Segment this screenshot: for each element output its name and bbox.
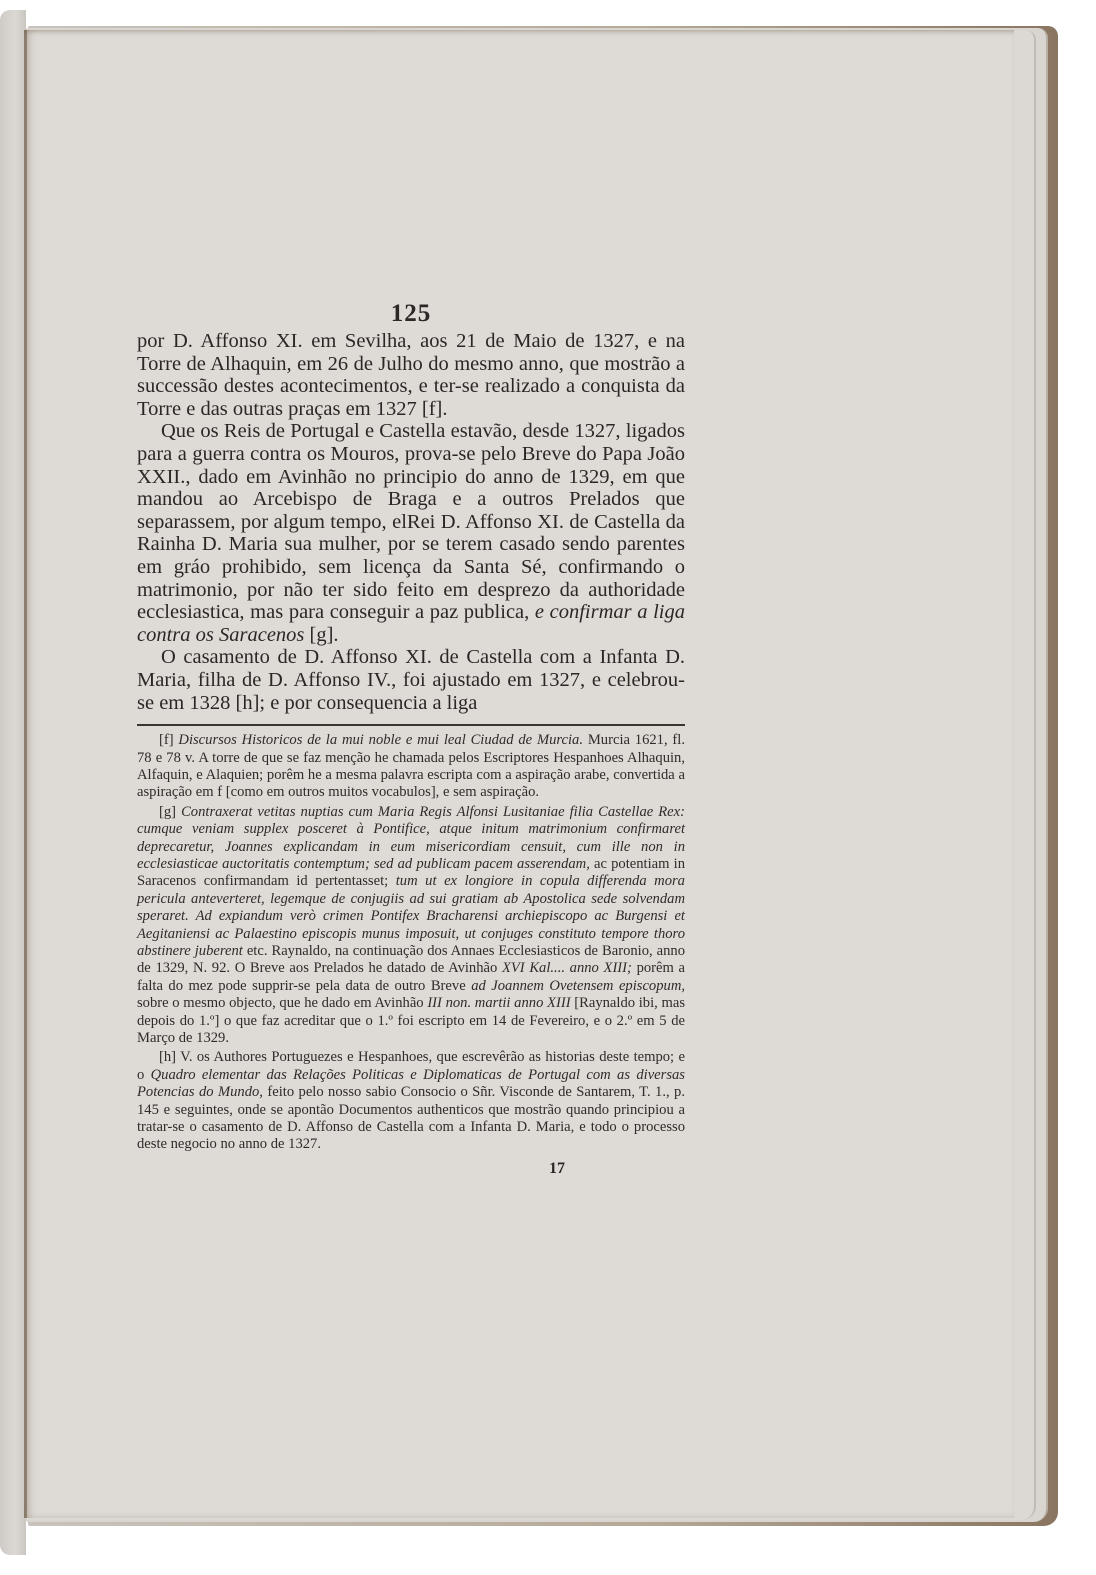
paragraph-2: Que os Reis de Portugal e Castella estav…: [137, 420, 685, 646]
page-number: 125: [137, 300, 685, 328]
footnotes: [f] Discursos Historicos de la mui noble…: [137, 732, 685, 1154]
footnote-h: [h] V. os Authores Portuguezes e Hespanh…: [137, 1049, 685, 1153]
footnote-f: [f] Discursos Historicos de la mui noble…: [137, 732, 685, 802]
paragraph-1: por D. Affonso XI. em Sevilha, aos 21 de…: [137, 330, 685, 420]
text-block: 125 por D. Affonso XI. em Sevilha, aos 2…: [137, 300, 685, 1178]
left-page-edge: [0, 10, 26, 1555]
page-gutter: [24, 30, 27, 1518]
footnote-g: [g] Contraxerat vetitas nuptias cum Mari…: [137, 804, 685, 1048]
signature-mark: 17: [137, 1160, 685, 1178]
body-text: por D. Affonso XI. em Sevilha, aos 21 de…: [137, 330, 685, 714]
paragraph-3: O casamento de D. Affonso XI. de Castell…: [137, 646, 685, 714]
footnote-rule: [137, 724, 685, 726]
